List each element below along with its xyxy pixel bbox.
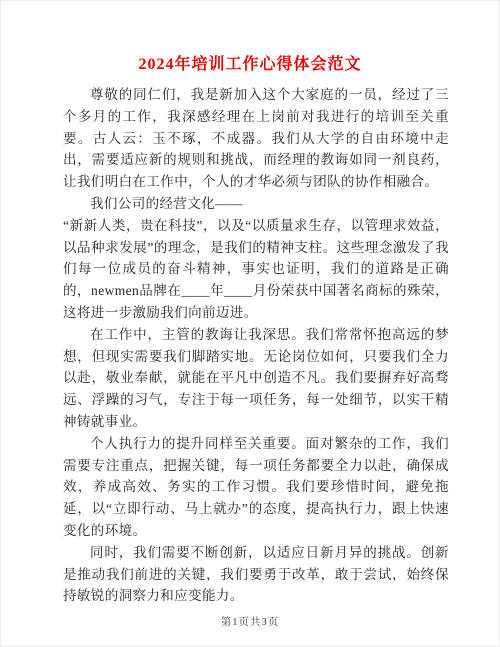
paragraph: 同时，我们需要不断创新，以适应日新月异的挑战。创新是推动我们前进的关键，我们要勇… [63,542,449,607]
document-body: 尊敬的同仁们，我是新加入这个大家庭的一员，经过了三个多月的工作，我深感经理在上岗… [1,84,499,607]
document-title: 2024年培训工作心得体会范文 [1,1,499,84]
paragraph: 我们公司的经营文化—— [63,193,449,215]
paragraph: 在工作中，主管的教诲让我深思。我们常常怀抱高远的梦想，但现实需要我们脚踏实地。无… [63,324,449,433]
paragraph: 个人执行力的提升同样至关重要。面对繁杂的工作，我们需要专注重点，把握关键，每一项… [63,433,449,542]
document-page: 2024年培训工作心得体会范文 尊敬的同仁们，我是新加入这个大家庭的一员，经过了… [0,0,500,647]
page-number-label: 第1页共3页 [221,617,280,628]
paragraph: “新新人类，贵在科技”，以及“以质量求生存，以管理求效益，以品种求发展”的理念，… [63,215,449,324]
page-footer: 第1页共3页 [1,614,499,629]
paragraph: 尊敬的同仁们，我是新加入这个大家庭的一员，经过了三个多月的工作，我深感经理在上岗… [63,84,449,193]
